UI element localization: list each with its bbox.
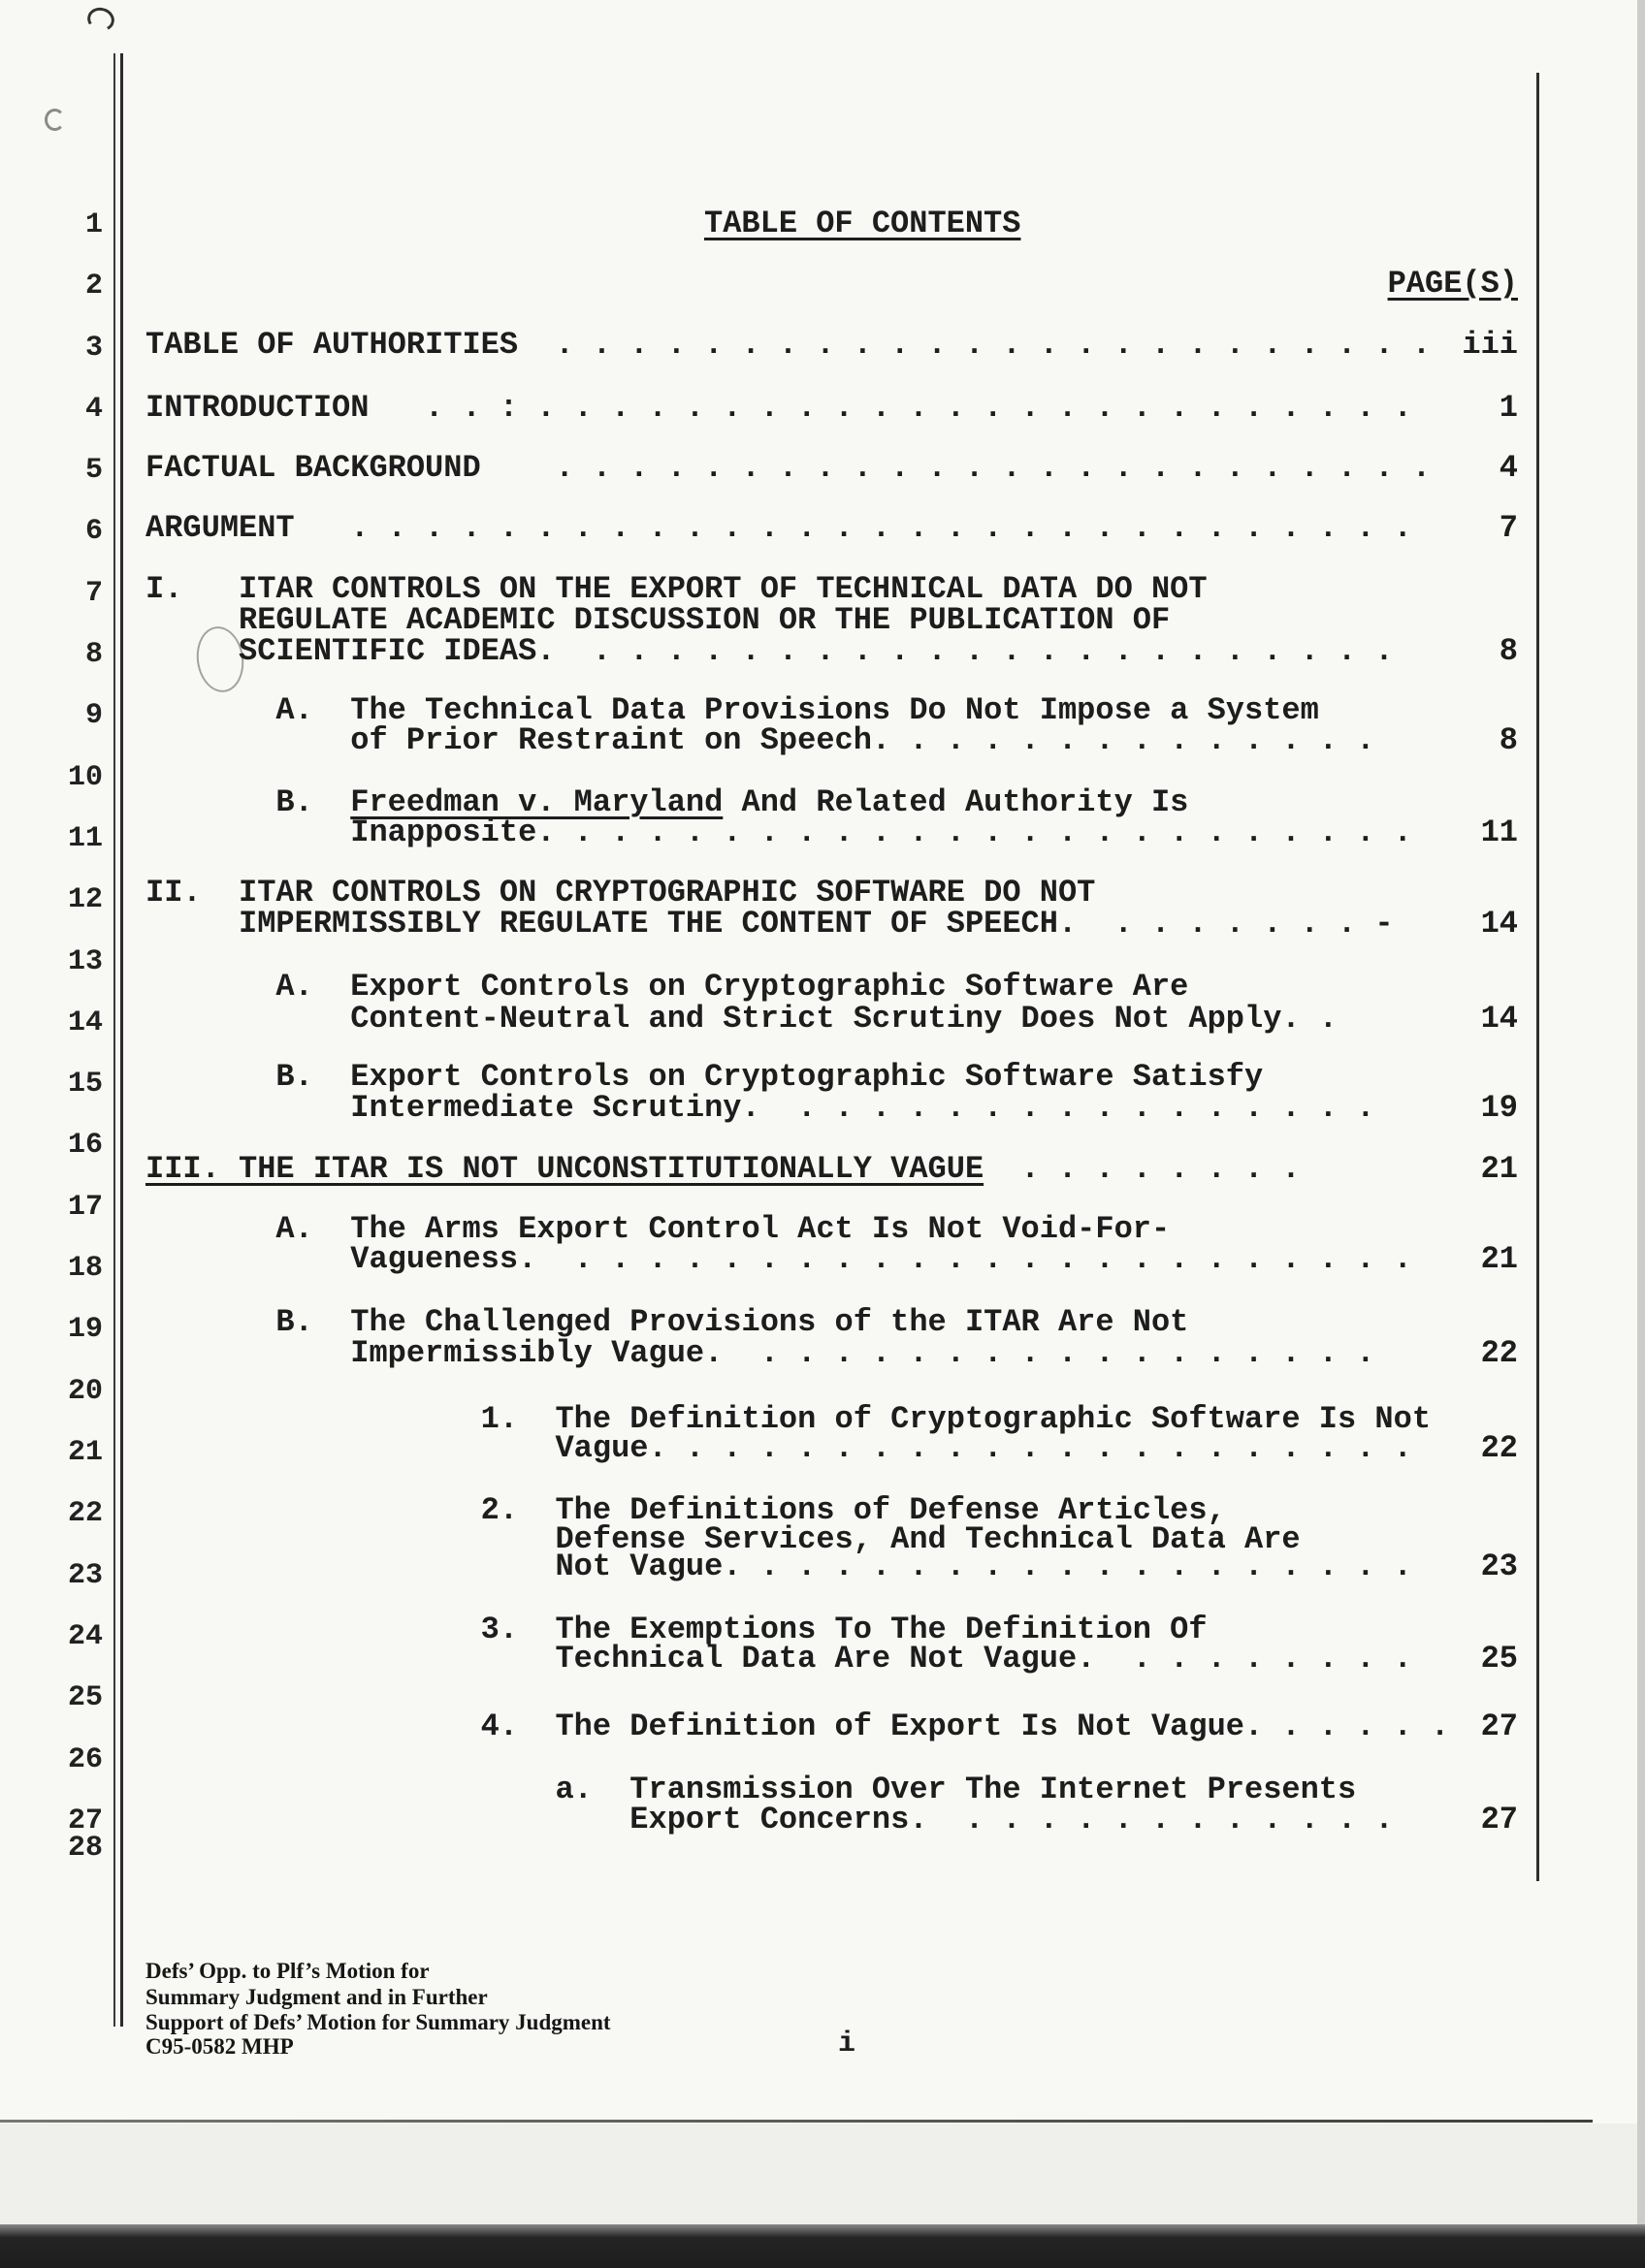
- toc-page-number: 14: [1481, 907, 1518, 942]
- pleading-line-number: 28: [35, 1832, 103, 1865]
- pleading-line-number: 17: [35, 1191, 103, 1224]
- toc-line: ARGUMENT . . . . . . . . . . . . . . . .…: [145, 511, 1412, 546]
- toc-line: Export Concerns. . . . . . . . . . . . .: [145, 1803, 1394, 1837]
- pleading-line-number: 10: [35, 761, 103, 794]
- pen-c-mark-icon: [45, 109, 65, 131]
- page-column-header: PAGE(S): [1388, 267, 1518, 302]
- toc-page-number: 25: [1481, 1642, 1518, 1677]
- pleading-line-number: 9: [35, 699, 103, 732]
- document-title-text: TABLE OF CONTENTS: [704, 206, 1020, 241]
- paper-bottom-margin: [0, 2124, 1645, 2224]
- toc-line-text: 4. The Definition of Export Is Not Vague…: [145, 1709, 1449, 1744]
- toc-line-underlined-text: III. THE ITAR IS NOT UNCONSTITUTIONALLY …: [145, 1151, 984, 1187]
- toc-page-number: 21: [1481, 1152, 1518, 1187]
- toc-line: of Prior Restraint on Speech. . . . . . …: [145, 723, 1374, 758]
- toc-line-text: A. Export Controls on Cryptographic Soft…: [145, 969, 1188, 1005]
- toc-line-text: Intermediate Scrutiny. . . . . . . . . .…: [145, 1090, 1374, 1126]
- footer-line: Defs’ Opp. to Plf’s Motion for: [145, 1959, 430, 1984]
- toc-line-text: . . . . . . . .: [984, 1151, 1300, 1187]
- toc-line-text: IMPERMISSIBLY REGULATE THE CONTENT OF SP…: [145, 906, 1394, 942]
- toc-line: III. THE ITAR IS NOT UNCONSTITUTIONALLY …: [145, 1152, 1301, 1187]
- pleading-line-number: 25: [35, 1681, 103, 1714]
- scanner-bed-band: [0, 2224, 1645, 2268]
- toc-line: Technical Data Are Not Vague. . . . . . …: [145, 1642, 1412, 1677]
- toc-line: IMPERMISSIBLY REGULATE THE CONTENT OF SP…: [145, 907, 1394, 942]
- pleading-line-number: 21: [35, 1436, 103, 1469]
- pleading-line-number: 20: [35, 1375, 103, 1408]
- pleading-line-number: 3: [35, 332, 103, 365]
- pleading-line-number: 24: [35, 1620, 103, 1653]
- toc-line-text: Technical Data Are Not Vague. . . . . . …: [145, 1641, 1412, 1677]
- paper-right-edge: [1637, 0, 1645, 2268]
- pleading-line-number: 12: [35, 883, 103, 916]
- toc-page-number: 23: [1481, 1549, 1518, 1584]
- toc-line: SCIENTIFIC IDEAS. . . . . . . . . . . . …: [145, 634, 1394, 669]
- toc-line-text: Content-Neutral and Strict Scrutiny Does…: [145, 1001, 1338, 1037]
- toc-line: Inapposite. . . . . . . . . . . . . . . …: [145, 815, 1412, 850]
- toc-line: TABLE OF AUTHORITIES . . . . . . . . . .…: [145, 328, 1431, 363]
- toc-line-text: ARGUMENT . . . . . . . . . . . . . . . .…: [145, 510, 1412, 546]
- pen-squiggle-mark-icon: [84, 5, 116, 34]
- toc-page-number: 27: [1481, 1709, 1518, 1744]
- toc-line-text: Inapposite. . . . . . . . . . . . . . . …: [145, 815, 1412, 850]
- pleading-line-number: 6: [35, 515, 103, 548]
- pleading-line-number: 4: [35, 393, 103, 426]
- toc-line: Content-Neutral and Strict Scrutiny Does…: [145, 1002, 1338, 1037]
- toc-line-text: Export Concerns. . . . . . . . . . . . .: [145, 1802, 1394, 1837]
- pleading-line-number: 26: [35, 1743, 103, 1776]
- paper-edge-shadow: [0, 2120, 1593, 2123]
- toc-line: Intermediate Scrutiny. . . . . . . . . .…: [145, 1091, 1374, 1126]
- toc-page-number: 22: [1481, 1431, 1518, 1466]
- pleading-line-number: 22: [35, 1497, 103, 1530]
- toc-page-number: 7: [1500, 511, 1518, 546]
- footer-line: C95-0582 MHP: [145, 2034, 294, 2060]
- footer-line: Support of Defs’ Motion for Summary Judg…: [145, 2010, 611, 2035]
- toc-page-number: 22: [1481, 1336, 1518, 1371]
- pleading-line-number: 19: [35, 1313, 103, 1346]
- toc-line: FACTUAL BACKGROUND . . . . . . . . . . .…: [145, 451, 1431, 486]
- toc-line-text: of Prior Restraint on Speech. . . . . . …: [145, 722, 1374, 758]
- bottom-page-number: i: [838, 2028, 855, 2060]
- toc-line: A. Export Controls on Cryptographic Soft…: [145, 970, 1188, 1005]
- toc-line-text: SCIENTIFIC IDEAS. . . . . . . . . . . . …: [145, 633, 1394, 669]
- pleading-right-rule: [1536, 73, 1539, 1881]
- pleading-line-number: 16: [35, 1129, 103, 1162]
- toc-line-text: INTRODUCTION . . : . . . . . . . . . . .…: [145, 390, 1412, 426]
- toc-page-number: 8: [1500, 634, 1518, 669]
- pleading-line-number: 14: [35, 1006, 103, 1039]
- toc-line-text: Impermissibly Vague. . . . . . . . . . .…: [145, 1335, 1374, 1371]
- toc-line-text: FACTUAL BACKGROUND . . . . . . . . . . .…: [145, 450, 1431, 486]
- toc-page-number: 19: [1481, 1091, 1518, 1126]
- pleading-double-rule-inner: [120, 53, 123, 2027]
- toc-page-number: 8: [1500, 723, 1518, 758]
- toc-line: INTRODUCTION . . : . . . . . . . . . . .…: [145, 391, 1412, 426]
- pleading-line-number: 11: [35, 822, 103, 855]
- toc-page-number: 27: [1481, 1803, 1518, 1837]
- pleading-line-number: 8: [35, 638, 103, 671]
- document-title: TABLE OF CONTENTS: [704, 207, 1020, 241]
- toc-line: Vague. . . . . . . . . . . . . . . . . .…: [145, 1431, 1412, 1466]
- pleading-double-rule-outer: [113, 53, 115, 2027]
- pleading-line-number: 5: [35, 454, 103, 487]
- toc-page-number: iii: [1462, 328, 1518, 363]
- toc-line-text: Not Vague. . . . . . . . . . . . . . . .…: [145, 1549, 1412, 1584]
- toc-line: Not Vague. . . . . . . . . . . . . . . .…: [145, 1549, 1412, 1584]
- toc-page-number: 1: [1500, 391, 1518, 426]
- pleading-line-number: 1: [35, 208, 103, 241]
- toc-page-number: 4: [1500, 451, 1518, 486]
- toc-line-text: Vagueness. . . . . . . . . . . . . . . .…: [145, 1241, 1412, 1277]
- pleading-line-number: 18: [35, 1252, 103, 1285]
- pleading-line-number: 2: [35, 270, 103, 303]
- toc-page-number: 21: [1481, 1242, 1518, 1277]
- pleading-line-number: 15: [35, 1068, 103, 1101]
- footer-line: Summary Judgment and in Further: [145, 1985, 488, 2010]
- toc-line: 4. The Definition of Export Is Not Vague…: [145, 1709, 1449, 1744]
- pleading-line-number: 23: [35, 1559, 103, 1592]
- toc-line-text: Vague. . . . . . . . . . . . . . . . . .…: [145, 1430, 1412, 1466]
- page-column-header-text: PAGE(S): [1388, 266, 1518, 302]
- toc-line: Impermissibly Vague. . . . . . . . . . .…: [145, 1336, 1374, 1371]
- toc-line-text: TABLE OF AUTHORITIES . . . . . . . . . .…: [145, 327, 1431, 363]
- pleading-line-number: 13: [35, 945, 103, 978]
- pleading-line-number: 7: [35, 577, 103, 610]
- scanned-pleading-page: TABLE OF CONTENTS PAGE(S) 12345678910111…: [0, 0, 1645, 2268]
- toc-page-number: 14: [1481, 1002, 1518, 1037]
- toc-page-number: 11: [1481, 815, 1518, 850]
- toc-line: Vagueness. . . . . . . . . . . . . . . .…: [145, 1242, 1412, 1277]
